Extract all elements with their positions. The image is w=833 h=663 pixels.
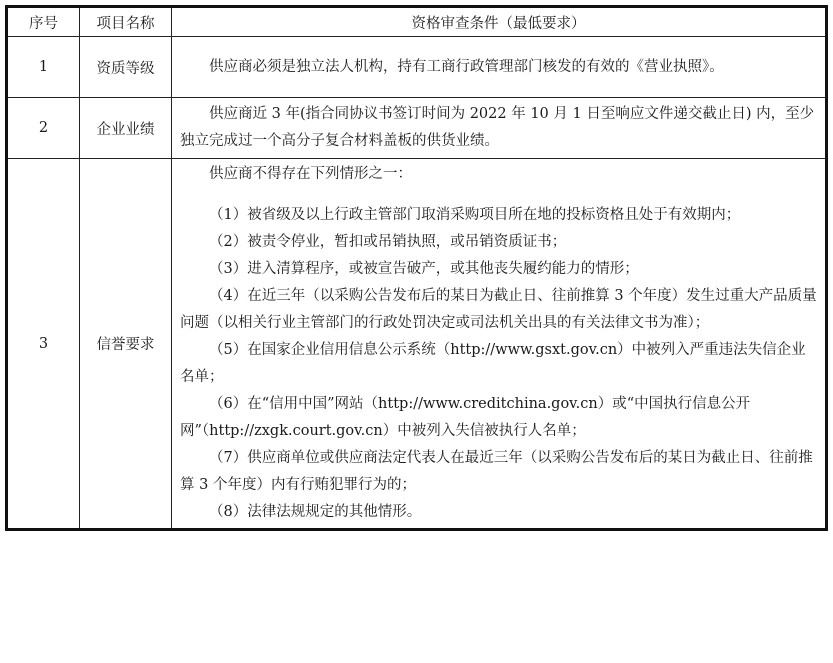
row-number: 3 bbox=[7, 159, 80, 530]
condition-item-2: （2）被责令停业，暂扣或吊销执照，或吊销资质证书； bbox=[180, 229, 819, 256]
header-conditions: 资格审查条件（最低要求） bbox=[172, 7, 827, 37]
condition-intro: 供应商不得存在下列情形之一： bbox=[180, 161, 819, 188]
condition-item-3: （3）进入清算程序，或被宣告破产，或其他丧失履约能力的情形； bbox=[180, 256, 819, 283]
condition-item-7: （7）供应商单位或供应商法定代表人在最近三年（以采购公告发布后的某日为截止日、往… bbox=[180, 445, 819, 499]
condition-item-5: （5）在国家企业信用信息公示系统（http://www.gsxt.gov.cn）… bbox=[180, 337, 819, 391]
condition-item-8: （8）法律法规规定的其他情形。 bbox=[180, 499, 819, 526]
header-number: 序号 bbox=[7, 7, 80, 37]
table-row: 3 信誉要求 供应商不得存在下列情形之一： （1）被省级及以上行政主管部门取消采… bbox=[7, 159, 827, 530]
row-item-name: 企业业绩 bbox=[80, 98, 172, 159]
table-row: 2 企业业绩 供应商近 3 年(指合同协议书签订时间为 2022 年 10 月 … bbox=[7, 98, 827, 159]
condition-item-1: （1）被省级及以上行政主管部门取消采购项目所在地的投标资格且处于有效期内； bbox=[180, 202, 819, 229]
row-conditions: 供应商不得存在下列情形之一： （1）被省级及以上行政主管部门取消采购项目所在地的… bbox=[172, 159, 827, 530]
condition-item-4: （4）在近三年（以采购公告发布后的某日为截止日、往前推算 3 个年度）发生过重大… bbox=[180, 283, 819, 337]
row-conditions: 供应商近 3 年(指合同协议书签订时间为 2022 年 10 月 1 日至响应文… bbox=[172, 98, 827, 159]
row-number: 1 bbox=[7, 37, 80, 98]
row-item-name: 资质等级 bbox=[80, 37, 172, 98]
qualification-table: 序号 项目名称 资格审查条件（最低要求） 1 资质等级 供应商必须是独立法人机构… bbox=[5, 5, 828, 531]
condition-text: 供应商近 3 年(指合同协议书签订时间为 2022 年 10 月 1 日至响应文… bbox=[180, 101, 819, 155]
condition-item-6: （6）在“信用中国”网站（http://www.creditchina.gov.… bbox=[180, 391, 819, 445]
row-item-name: 信誉要求 bbox=[80, 159, 172, 530]
header-row: 序号 项目名称 资格审查条件（最低要求） bbox=[7, 7, 827, 37]
row-conditions: 供应商必须是独立法人机构，持有工商行政管理部门核发的有效的《营业执照》。 bbox=[172, 37, 827, 98]
table-row: 1 资质等级 供应商必须是独立法人机构，持有工商行政管理部门核发的有效的《营业执… bbox=[7, 37, 827, 98]
spacer bbox=[180, 188, 819, 202]
header-item-name: 项目名称 bbox=[80, 7, 172, 37]
row-number: 2 bbox=[7, 98, 80, 159]
condition-text: 供应商必须是独立法人机构，持有工商行政管理部门核发的有效的《营业执照》。 bbox=[180, 54, 819, 81]
